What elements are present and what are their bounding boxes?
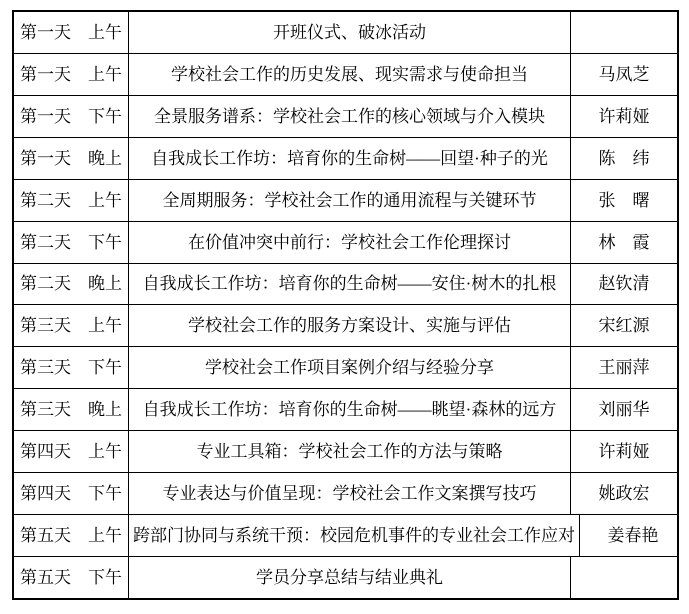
instructor-cell: 陈 纬 [571, 138, 677, 179]
course-cell: 跨部门协同与系统干预：校园危机事件的专业社会工作应对 [129, 515, 580, 556]
instructor-cell: 林 霞 [571, 222, 677, 263]
course-cell: 开班仪式、破冰活动 [129, 12, 571, 53]
schedule-table: 第一天 上午 开班仪式、破冰活动 第一天 上午 学校社会工作的历史发展、现实需求… [12, 10, 679, 600]
course-title: 专业表达与价值呈现：学校社会工作文案撰写技巧 [163, 485, 537, 502]
table-row: 第五天 下午 学员分享总结与结业典礼 [14, 557, 677, 598]
time-label: 上午 [88, 66, 122, 83]
day-time-cell: 第三天 晚上 [14, 389, 129, 430]
day-time-cell: 第四天 下午 [14, 473, 129, 514]
table-row: 第四天 下午 专业表达与价值呈现：学校社会工作文案撰写技巧 姚政宏 [14, 473, 677, 515]
instructor-name: 陈 纬 [599, 150, 650, 167]
day-time-cell: 第五天 下午 [14, 557, 129, 598]
day-time-cell: 第一天 下午 [14, 96, 129, 137]
course-cell: 学校社会工作项目案例介绍与经验分享 [129, 347, 571, 388]
day-label: 第二天 [20, 275, 71, 292]
instructor-name: 马凤芝 [599, 66, 650, 83]
course-title: 在价值冲突中前行：学校社会工作伦理探讨 [188, 234, 511, 251]
day-time-cell: 第四天 上午 [14, 431, 129, 472]
table-row: 第二天 上午 全周期服务：学校社会工作的通用流程与关键环节 张 曙 [14, 180, 677, 222]
course-title: 自我成长工作坊：培育你的生命树——安住·树木的扎根 [143, 275, 557, 292]
course-title: 自我成长工作坊：培育你的生命树——回望·种子的光 [151, 150, 548, 167]
day-label: 第五天 [20, 569, 71, 586]
day-label: 第一天 [20, 66, 71, 83]
table-row: 第一天 下午 全景服务谱系：学校社会工作的核心领域与介入模块 许莉娅 [14, 96, 677, 138]
day-label: 第二天 [20, 234, 71, 251]
course-title: 学员分享总结与结业典礼 [256, 569, 443, 586]
course-title: 学校社会工作的历史发展、现实需求与使命担当 [171, 66, 528, 83]
day-time-cell: 第二天 上午 [14, 180, 129, 221]
day-time-cell: 第一天 晚上 [14, 138, 129, 179]
time-label: 上午 [88, 317, 122, 334]
time-label: 下午 [88, 234, 122, 251]
instructor-cell: 张 曙 [571, 180, 677, 221]
instructor-name: 宋红源 [599, 317, 650, 334]
course-cell: 学员分享总结与结业典礼 [129, 557, 571, 598]
instructor-cell: 许莉娅 [571, 431, 677, 472]
course-title: 学校社会工作项目案例介绍与经验分享 [205, 359, 494, 376]
table-row: 第四天 上午 专业工具箱：学校社会工作的方法与策略 许莉娅 [14, 431, 677, 473]
instructor-cell [571, 557, 677, 598]
instructor-cell: 马凤芝 [571, 54, 677, 95]
instructor-name: 赵钦清 [599, 275, 650, 292]
course-cell: 专业表达与价值呈现：学校社会工作文案撰写技巧 [129, 473, 571, 514]
instructor-name: 姜春艳 [608, 527, 659, 544]
course-cell: 自我成长工作坊：培育你的生命树——眺望·森林的远方 [129, 389, 571, 430]
course-cell: 全周期服务：学校社会工作的通用流程与关键环节 [129, 180, 571, 221]
course-title: 专业工具箱：学校社会工作的方法与策略 [197, 443, 503, 460]
time-label: 晚上 [88, 150, 122, 167]
time-label: 上午 [88, 24, 122, 41]
instructor-cell [571, 12, 677, 53]
instructor-name: 许莉娅 [599, 108, 650, 125]
day-label: 第一天 [20, 24, 71, 41]
table-row: 第三天 下午 学校社会工作项目案例介绍与经验分享 王丽萍 [14, 347, 677, 389]
table-row: 第三天 晚上 自我成长工作坊：培育你的生命树——眺望·森林的远方 刘丽华 [14, 389, 677, 431]
day-label: 第三天 [20, 401, 71, 418]
instructor-name: 张 曙 [599, 192, 650, 209]
day-time-cell: 第二天 晚上 [14, 264, 129, 305]
day-label: 第四天 [20, 443, 71, 460]
day-label: 第三天 [20, 359, 71, 376]
course-title: 全周期服务：学校社会工作的通用流程与关键环节 [163, 192, 537, 209]
table-row: 第二天 下午 在价值冲突中前行：学校社会工作伦理探讨 林 霞 [14, 222, 677, 264]
day-time-cell: 第三天 上午 [14, 305, 129, 346]
day-label: 第一天 [20, 108, 71, 125]
table-row: 第一天 上午 学校社会工作的历史发展、现实需求与使命担当 马凤芝 [14, 54, 677, 96]
day-time-cell: 第三天 下午 [14, 347, 129, 388]
day-time-cell: 第一天 上午 [14, 54, 129, 95]
time-label: 晚上 [88, 401, 122, 418]
time-label: 上午 [88, 443, 122, 460]
time-label: 下午 [88, 108, 122, 125]
table-row: 第五天 上午 跨部门协同与系统干预：校园危机事件的专业社会工作应对 姜春艳 [14, 515, 677, 557]
course-title: 开班仪式、破冰活动 [273, 24, 426, 41]
course-title: 学校社会工作的服务方案设计、实施与评估 [188, 317, 511, 334]
course-cell: 全景服务谱系：学校社会工作的核心领域与介入模块 [129, 96, 571, 137]
instructor-cell: 赵钦清 [571, 264, 677, 305]
course-title: 自我成长工作坊：培育你的生命树——眺望·森林的远方 [143, 401, 557, 418]
course-cell: 在价值冲突中前行：学校社会工作伦理探讨 [129, 222, 571, 263]
time-label: 下午 [88, 359, 122, 376]
course-cell: 学校社会工作的服务方案设计、实施与评估 [129, 305, 571, 346]
instructor-cell: 许莉娅 [571, 96, 677, 137]
instructor-name: 王丽萍 [599, 359, 650, 376]
course-cell: 学校社会工作的历史发展、现实需求与使命担当 [129, 54, 571, 95]
instructor-cell: 王丽萍 [571, 347, 677, 388]
instructor-name: 刘丽华 [599, 401, 650, 418]
course-cell: 自我成长工作坊：培育你的生命树——安住·树木的扎根 [129, 264, 571, 305]
time-label: 晚上 [88, 275, 122, 292]
day-label: 第四天 [20, 485, 71, 502]
course-cell: 自我成长工作坊：培育你的生命树——回望·种子的光 [129, 138, 571, 179]
instructor-cell: 宋红源 [571, 305, 677, 346]
time-label: 上午 [88, 192, 122, 209]
instructor-cell: 姜春艳 [580, 515, 686, 556]
instructor-name: 姚政宏 [599, 485, 650, 502]
day-label: 第一天 [20, 150, 71, 167]
course-title: 跨部门协同与系统干预：校园危机事件的专业社会工作应对 [133, 527, 575, 544]
instructor-cell: 姚政宏 [571, 473, 677, 514]
day-label: 第五天 [20, 527, 71, 544]
course-title: 全景服务谱系：学校社会工作的核心领域与介入模块 [154, 108, 545, 125]
table-row: 第一天 晚上 自我成长工作坊：培育你的生命树——回望·种子的光 陈 纬 [14, 138, 677, 180]
time-label: 下午 [88, 485, 122, 502]
table-row: 第三天 上午 学校社会工作的服务方案设计、实施与评估 宋红源 [14, 305, 677, 347]
table-row: 第一天 上午 开班仪式、破冰活动 [14, 12, 677, 54]
day-time-cell: 第二天 下午 [14, 222, 129, 263]
instructor-name: 许莉娅 [599, 443, 650, 460]
instructor-cell: 刘丽华 [571, 389, 677, 430]
day-time-cell: 第五天 上午 [14, 515, 129, 556]
table-row: 第二天 晚上 自我成长工作坊：培育你的生命树——安住·树木的扎根 赵钦清 [14, 264, 677, 306]
time-label: 下午 [88, 569, 122, 586]
document-page: 第一天 上午 开班仪式、破冰活动 第一天 上午 学校社会工作的历史发展、现实需求… [0, 0, 689, 614]
instructor-name: 林 霞 [599, 234, 650, 251]
course-cell: 专业工具箱：学校社会工作的方法与策略 [129, 431, 571, 472]
day-time-cell: 第一天 上午 [14, 12, 129, 53]
day-label: 第三天 [20, 317, 71, 334]
day-label: 第二天 [20, 192, 71, 209]
time-label: 上午 [88, 527, 122, 544]
